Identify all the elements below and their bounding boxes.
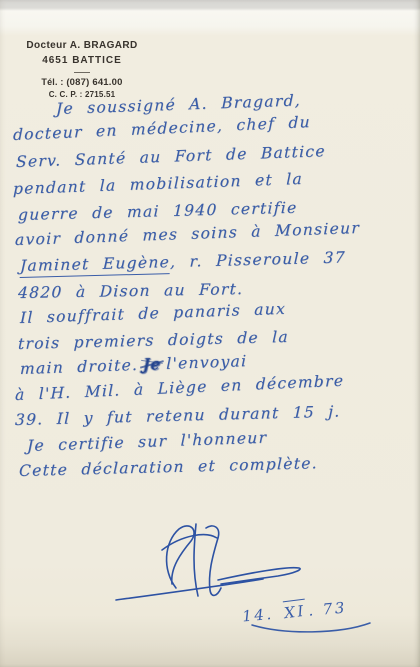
scanned-medical-certificate: Docteur A. BRAGARD 4651 BATTICE Tél. : (… — [0, 0, 420, 667]
doctor-name: Docteur A. BRAGARD — [20, 40, 144, 51]
phone-number: (087) 641.00 — [66, 77, 122, 88]
letterhead-divider — [74, 72, 90, 73]
phone-line: Tél. : (087) 641.00 — [20, 77, 144, 88]
handwriting-line: à l'H. Mil. à Liège en décembre — [15, 372, 344, 404]
date-underline-flourish — [250, 622, 375, 638]
handwriting-line: Serv. Santé au Fort de Battice — [16, 142, 326, 171]
handwriting-line: Je certifie sur l'honneur — [27, 429, 268, 455]
letterhead: Docteur A. BRAGARD 4651 BATTICE Tél. : (… — [20, 40, 144, 99]
signature-scribble-icon — [100, 518, 330, 610]
handwriting-line: avoir donné mes soins à Monsieur — [15, 219, 360, 249]
handwriting-line: guerre de mai 1940 certifie — [18, 199, 298, 224]
handwriting-line: main droite.Jel'envoyai — [20, 352, 248, 378]
date-month-roman: XI — [282, 599, 306, 622]
patient-address: , r. Pisseroule 37 — [170, 248, 346, 271]
handwriting-segment: main droite. — [20, 356, 139, 378]
patient-name-underlined: Jaminet Eugène — [20, 253, 171, 277]
phone-label: Tél. : — [41, 77, 63, 87]
practice-city: 4651 BATTICE — [20, 55, 144, 66]
handwriting-line: Cette déclaration et complète. — [19, 454, 318, 480]
ccp-label: C. C. P. : — [49, 90, 83, 99]
scribbled-out-word: Je — [143, 355, 161, 374]
handwriting-line: pendant la mobilisation et la — [13, 170, 303, 198]
date-year: . 73 — [308, 598, 348, 619]
handwriting-line: Jaminet Eugène, r. Pisseroule 37 — [20, 248, 346, 275]
handwriting-line: 4820 à Dison au Fort. — [18, 280, 244, 302]
handwriting-line: 39. Il y fut retenu durant 15 j. — [15, 402, 341, 429]
handwriting-segment: l'envoyai — [166, 352, 247, 373]
handwriting-line: Il souffrait de panaris aux — [20, 300, 286, 327]
handwriting-line: trois premiers doigts de la — [18, 328, 289, 353]
